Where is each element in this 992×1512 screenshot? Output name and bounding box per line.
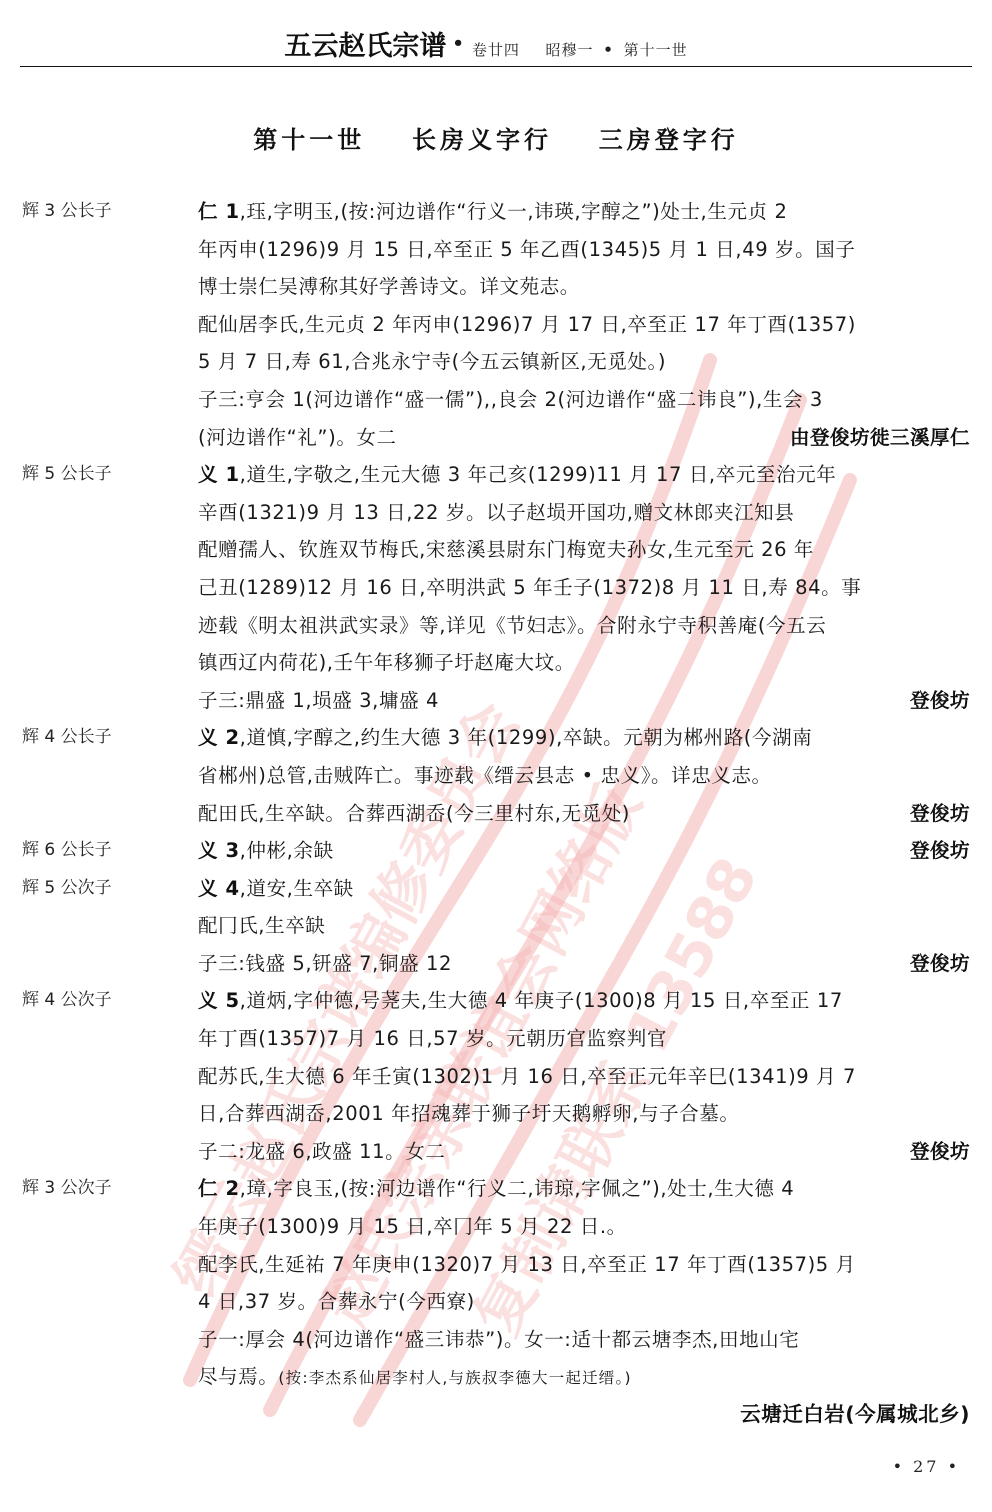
generation-label: 第十一世 [624, 41, 688, 59]
entry-line: 辉 5 公长子义 1,道生,字敬之,生元大德 3 年己亥(1299)11 月 1… [0, 456, 992, 494]
entry-body: ,珏,字明玉,(按:河边谱作“行义一,讳瑛,字醇之”)处士,生元贞 2 [240, 200, 788, 223]
entry-body: ,璋,字良玉,(按:河边谱作“行义二,讳琼,字佩之”),处士,生大德 4 [240, 1177, 795, 1200]
parent-label: 辉 3 公次子 [22, 1170, 112, 1208]
entry-line: 5 月 7 日,寿 61,合兆永宁寺(今五云镇新区,无觅处。) [0, 343, 992, 381]
entry-line: 子三:亨会 1(河边谱作“盛一儒”),,良会 2(河边谱作“盛二讳良”),生会 … [0, 381, 992, 419]
entry-line: 年丁酉(1357)7 月 16 日,57 岁。元朝历官监察判官 [0, 1020, 992, 1058]
volume-label: 卷廿四 [472, 41, 520, 59]
section-title: 第十一世 长房义字行 三房登字行 [0, 120, 992, 155]
entry-text: 子三:鼎盛 1,埙盛 3,墉盛 4 [198, 682, 970, 720]
rank-label: 义 4 [198, 877, 240, 900]
genealogy-entries: 辉 3 公长子仁 1,珏,字明玉,(按:河边谱作“行义一,讳瑛,字醇之”)处士,… [0, 193, 992, 1434]
entry-text: 义 2,道慎,字醇之,约生大德 3 年(1299),卒缺。元朝为郴州路(今湖南 [198, 719, 970, 757]
entry-line: 己丑(1289)12 月 16 日,卒明洪武 5 年壬子(1372)8 月 11… [0, 569, 992, 607]
entry-text: 配李氏,生延祐 7 年庚申(1320)7 月 13 日,卒至正 17 年丁酉(1… [198, 1246, 970, 1284]
entry-line: 年庚子(1300)9 月 15 日,卒冂年 5 月 22 日.。 [0, 1208, 992, 1246]
residence-label: 登俊坊 [910, 682, 970, 720]
entry-line: 4 日,37 岁。合葬永宁(今西寮) [0, 1283, 992, 1321]
entry-line: 博士崇仁吴溥称其好学善诗文。详文苑志。 [0, 268, 992, 306]
header-separator: • [452, 33, 464, 54]
header-inner: 五云赵氏宗谱 • 卷廿四 昭穆一 • 第十一世 [284, 24, 687, 63]
entry-line: 子二:龙盛 6,政盛 11。女二登俊坊 [0, 1133, 992, 1171]
rank-label: 仁 1 [198, 200, 240, 223]
entry-text: 子一:厚会 4(河边谱作“盛三讳恭”)。女一:适十都云塘李杰,田地山宅 [198, 1321, 970, 1359]
entry-text: 日,合葬西湖岙,2001 年招魂葬于狮子圩天鹅孵卵,与子合墓。 [198, 1095, 970, 1133]
entry-line: 迹载《明太祖洪武实录》等,详见《节妇志》。合附永宁寺积善庵(今五云 [0, 607, 992, 645]
branch-label: 昭穆一 [545, 41, 593, 59]
entry-line: 辉 5 公次子义 4,道安,生卒缺 [0, 870, 992, 908]
page-header: 五云赵氏宗谱 • 卷廿四 昭穆一 • 第十一世 [20, 18, 972, 67]
entry-text: 配冂氏,生卒缺 [198, 907, 970, 945]
entry-line: 配冂氏,生卒缺 [0, 907, 992, 945]
residence-label: 登俊坊 [910, 832, 970, 870]
rank-label: 义 3 [198, 839, 240, 862]
entry-line: 配赠孺人、钦旌双节梅氏,宋慈溪县尉东门梅宽夫孙女,生元至元 26 年 [0, 531, 992, 569]
entry-line: 年丙申(1296)9 月 15 日,卒至正 5 年乙酉(1345)5 月 1 日… [0, 231, 992, 269]
parent-label: 辉 6 公长子 [22, 832, 112, 870]
entry-line: 辉 4 公次子义 5,道炳,字仲德,号荛夫,生大德 4 年庚子(1300)8 月… [0, 982, 992, 1020]
parent-label: 辉 4 公长子 [22, 719, 112, 757]
entry-line: (河边谱作“礼”)。女二由登俊坊徙三溪厚仁 [0, 419, 992, 457]
entry-line: 云塘迁白岩(今属城北乡) [0, 1396, 992, 1434]
entry-text: 博士崇仁吴溥称其好学善诗文。详文苑志。 [198, 268, 970, 306]
entry-text: 镇西辽内荷花),壬午年移狮子圩赵庵大坟。 [198, 644, 970, 682]
entry-body: ,道炳,字仲德,号荛夫,生大德 4 年庚子(1300)8 月 15 日,卒至正 … [240, 989, 843, 1012]
entry-text: 义 4,道安,生卒缺 [198, 870, 970, 908]
entry-text: 义 3,仲彬,余缺 [198, 832, 970, 870]
residence-label: 登俊坊 [910, 795, 970, 833]
migration-label: 云塘迁白岩(今属城北乡) [740, 1396, 970, 1434]
residence-label: 由登俊坊徙三溪厚仁 [790, 419, 970, 457]
entry-text: 配仙居李氏,生元贞 2 年丙申(1296)7 月 17 日,卒至正 17 年丁酉… [198, 306, 970, 344]
entry-line: 子三:钱盛 5,钘盛 7,铜盛 12登俊坊 [0, 945, 992, 983]
entry-text: 义 5,道炳,字仲德,号荛夫,生大德 4 年庚子(1300)8 月 15 日,卒… [198, 982, 970, 1020]
entry-line: 尽与焉。(按:李杰系仙居李村人,与族叔李德大一起迁缙。) [0, 1358, 992, 1396]
entry-text: 4 日,37 岁。合葬永宁(今西寮) [198, 1283, 970, 1321]
entry-text: 配田氏,生卒缺。合葬西湖岙(今三里村东,无觅处) [198, 795, 970, 833]
section-house-1: 长房义字行 [412, 126, 552, 154]
entry-line: 配田氏,生卒缺。合葬西湖岙(今三里村东,无觅处)登俊坊 [0, 795, 992, 833]
entry-text: 辛酉(1321)9 月 13 日,22 岁。以子赵埙开国功,赠文林郎夹江知县 [198, 494, 970, 532]
entry-line: 辉 3 公次子仁 2,璋,字良玉,(按:河边谱作“行义二,讳琼,字佩之”),处士… [0, 1170, 992, 1208]
entry-body: ,仲彬,余缺 [240, 839, 334, 862]
section-generation: 第十一世 [253, 126, 365, 154]
header-subtitle: 卷廿四 昭穆一 • 第十一世 [472, 39, 688, 60]
entry-text: 年丙申(1296)9 月 15 日,卒至正 5 年乙酉(1345)5 月 1 日… [198, 231, 970, 269]
section-house-3: 三房登字行 [599, 126, 739, 154]
entry-text: 己丑(1289)12 月 16 日,卒明洪武 5 年壬子(1372)8 月 11… [198, 569, 970, 607]
entry-text: 省郴州)总管,击贼阵亡。事迹载《缙云县志 • 忠义》。详忠义志。 [198, 757, 970, 795]
rank-label: 义 2 [198, 726, 240, 749]
parent-label: 辉 4 公次子 [22, 982, 112, 1020]
entry-text: 年丁酉(1357)7 月 16 日,57 岁。元朝历官监察判官 [198, 1020, 970, 1058]
entry-line: 辉 6 公长子义 3,仲彬,余缺登俊坊 [0, 832, 992, 870]
entry-line: 辉 3 公长子仁 1,珏,字明玉,(按:河边谱作“行义一,讳瑛,字醇之”)处士,… [0, 193, 992, 231]
rank-label: 义 1 [198, 463, 240, 486]
entry-line: 日,合葬西湖岙,2001 年招魂葬于狮子圩天鹅孵卵,与子合墓。 [0, 1095, 992, 1133]
entry-body: ,道慎,字醇之,约生大德 3 年(1299),卒缺。元朝为郴州路(今湖南 [240, 726, 813, 749]
header-separator-2: • [603, 41, 614, 59]
parent-label: 辉 5 公长子 [22, 456, 112, 494]
annotation-note: (按:李杰系仙居李村人,与族叔李德大一起迁缙。) [278, 1369, 631, 1387]
entry-line: 配苏氏,生大德 6 年壬寅(1302)1 月 16 日,卒至正元年辛巳(1341… [0, 1058, 992, 1096]
rank-label: 义 5 [198, 989, 240, 1012]
entry-text: 尽与焉。(按:李杰系仙居李村人,与族叔李德大一起迁缙。) [198, 1358, 970, 1398]
parent-label: 辉 5 公次子 [22, 870, 112, 908]
residence-label: 登俊坊 [910, 945, 970, 983]
page-number: • 27 • [893, 1457, 960, 1476]
entry-line: 省郴州)总管,击贼阵亡。事迹载《缙云县志 • 忠义》。详忠义志。 [0, 757, 992, 795]
entry-text: 仁 2,璋,字良玉,(按:河边谱作“行义二,讳琼,字佩之”),处士,生大德 4 [198, 1170, 970, 1208]
entry-line: 配仙居李氏,生元贞 2 年丙申(1296)7 月 17 日,卒至正 17 年丁酉… [0, 306, 992, 344]
entry-text: 5 月 7 日,寿 61,合兆永宁寺(今五云镇新区,无觅处。) [198, 343, 970, 381]
entry-text: 子三:亨会 1(河边谱作“盛一儒”),,良会 2(河边谱作“盛二讳良”),生会 … [198, 381, 970, 419]
book-title: 五云赵氏宗谱 [284, 24, 446, 63]
parent-label: 辉 3 公长子 [22, 193, 112, 231]
entry-text: 义 1,道生,字敬之,生元大德 3 年己亥(1299)11 月 17 日,卒元至… [198, 456, 970, 494]
entry-body: ,道生,字敬之,生元大德 3 年己亥(1299)11 月 17 日,卒元至治元年 [240, 463, 837, 486]
entry-line: 子一:厚会 4(河边谱作“盛三讳恭”)。女一:适十都云塘李杰,田地山宅 [0, 1321, 992, 1359]
entry-text: 子三:钱盛 5,钘盛 7,铜盛 12 [198, 945, 970, 983]
entry-text: 仁 1,珏,字明玉,(按:河边谱作“行义一,讳瑛,字醇之”)处士,生元贞 2 [198, 193, 970, 231]
residence-label: 登俊坊 [910, 1133, 970, 1171]
entry-text: 配赠孺人、钦旌双节梅氏,宋慈溪县尉东门梅宽夫孙女,生元至元 26 年 [198, 531, 970, 569]
entry-body: ,道安,生卒缺 [240, 877, 354, 900]
entry-line: 辉 4 公长子义 2,道慎,字醇之,约生大德 3 年(1299),卒缺。元朝为郴… [0, 719, 992, 757]
entry-text: 迹载《明太祖洪武实录》等,详见《节妇志》。合附永宁寺积善庵(今五云 [198, 607, 970, 645]
entry-text: 子二:龙盛 6,政盛 11。女二 [198, 1133, 970, 1171]
entry-line: 镇西辽内荷花),壬午年移狮子圩赵庵大坟。 [0, 644, 992, 682]
entry-text: 年庚子(1300)9 月 15 日,卒冂年 5 月 22 日.。 [198, 1208, 970, 1246]
entry-body: 尽与焉。 [198, 1365, 278, 1388]
entry-line: 配李氏,生延祐 7 年庚申(1320)7 月 13 日,卒至正 17 年丁酉(1… [0, 1246, 992, 1284]
entry-line: 子三:鼎盛 1,埙盛 3,墉盛 4登俊坊 [0, 682, 992, 720]
entry-text: 配苏氏,生大德 6 年壬寅(1302)1 月 16 日,卒至正元年辛巳(1341… [198, 1058, 970, 1096]
entry-line: 辛酉(1321)9 月 13 日,22 岁。以子赵埙开国功,赠文林郎夹江知县 [0, 494, 992, 532]
rank-label: 仁 2 [198, 1177, 240, 1200]
